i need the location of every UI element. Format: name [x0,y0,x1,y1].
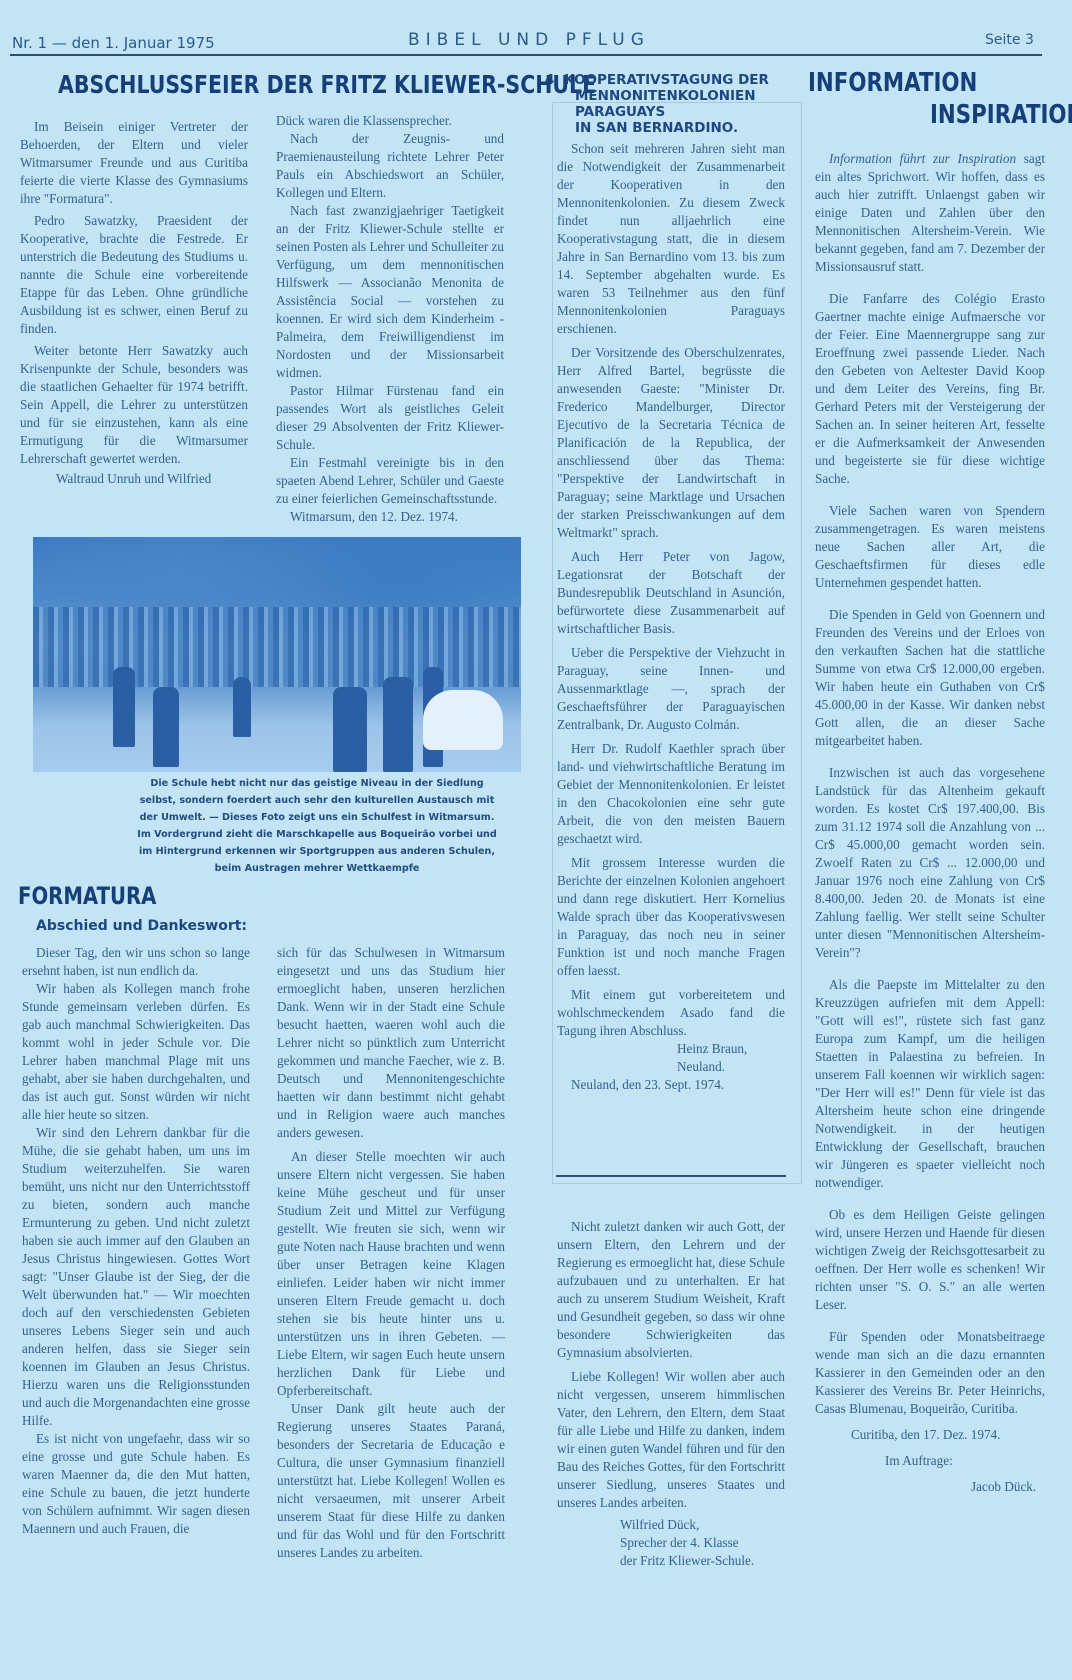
title-inspiration: INSPIRATION [930,100,1072,130]
paragraph: Die Spenden in Geld von Goennern und Fre… [815,606,1045,750]
paragraph: Es ist nicht von ungefaehr, dass wir so … [22,1430,250,1538]
paragraph: Auch Herr Peter von Jagow, Legationsrat … [557,548,785,638]
paragraph: Waltraud Unruh und Wilfried [20,470,248,488]
person-shape [233,677,251,737]
caption-line: im Hintergrund erkennen wir Sportgruppen… [112,843,522,860]
signature-school: der Fritz Kliewer-Schule. [557,1552,785,1570]
paragraph: Schon seit mehreren Jahren sieht man die… [557,140,785,338]
dateline: Witmarsum, den 12. Dez. 1974. [276,508,504,526]
paragraph: Weiter betonte Herr Sawatzky auch Krisen… [20,342,248,468]
abschluss-column-1: Im Beisein einiger Vertreter der Behoerd… [20,118,248,488]
article-title-formatura: FORMATURA [18,882,156,910]
paragraph: Inzwischen ist auch das vorgesehene Land… [815,764,1045,962]
paragraph: Ein Festmahl vereinigte bis in den spaet… [276,454,504,508]
author-name: Heinz Braun, [557,1040,785,1058]
person-shape [113,667,135,747]
author-place: Neuland. [557,1058,785,1076]
paragraph: Herr Dr. Rudolf Kaethler sprach über lan… [557,740,785,848]
car-shape [423,690,503,750]
paragraph: Mit grossem Interesse wurden die Bericht… [557,854,785,980]
paragraph: Viele Sachen waren von Spendern zusammen… [815,502,1045,592]
title-line: PARAGUAYS [545,104,795,120]
caption-line: Die Schule hebt nicht nur das geistige N… [112,775,522,792]
title-line: MENNONITENKOLONIEN [545,88,795,104]
signature-role: Sprecher der 4. Klasse [557,1534,785,1552]
header-rule [10,54,1042,56]
caption-line: der Umwelt. — Dieses Foto zeigt uns ein … [112,809,522,826]
dateline: Curitiba, den 17. Dez. 1974. [815,1426,1045,1444]
paragraph: Der Vorsitzende des Oberschulzenrates, H… [557,344,785,542]
issue-info: Nr. 1 — den 1. Januar 1975 [12,34,215,52]
dateline: Neuland, den 23. Sept. 1974. [557,1076,785,1094]
paragraph: sich für das Schulwesen in Witmarsum ein… [277,944,505,1142]
newspaper-page: Nr. 1 — den 1. Januar 1975 BIBEL UND PFL… [0,0,1072,1680]
school-festival-photo [33,537,521,772]
paragraph: Als die Paepste im Mittelalter zu den Kr… [815,976,1045,1192]
caption-line: beim Austragen mehrer Wettkaempfe [112,860,522,877]
photo-caption: Die Schule hebt nicht nur das geistige N… [112,775,522,877]
paragraph: Information führt zur Inspiration sagt e… [815,150,1045,276]
lead-text: sagt ein altes Sprichwort. Wir hoffen, d… [815,151,1045,274]
paragraph: Liebe Kollegen! Wir wollen aber auch nic… [557,1368,785,1512]
paragraph: An dieser Stelle moechten wir auch unser… [277,1148,505,1400]
paragraph: Die Fanfarre des Colégio Erasto Gaertner… [815,290,1045,488]
paragraph: Wir haben als Kollegen manch frohe Stund… [22,980,250,1124]
paragraph: Pastor Hilmar Fürstenau fand ein passend… [276,382,504,454]
paragraph: Ueber die Perspektive der Viehzucht in P… [557,644,785,734]
title-information: INFORMATION [808,68,977,98]
on-behalf-label: Im Auftrage: [815,1452,1045,1470]
paragraph: Ob es dem Heiligen Geiste gelingen wird,… [815,1206,1045,1314]
signature-name: Jacob Dück. [815,1478,1045,1496]
formatura-column-3: Nicht zuletzt danken wir auch Gott, der … [557,1218,785,1570]
information-body: Information führt zur Inspiration sagt e… [815,150,1045,1496]
article-title-abschlussfeier: ABSCHLUSSFEIER DER FRITZ KLIEWER-SCHULE [58,70,596,99]
paragraph: Nicht zuletzt danken wir auch Gott, der … [557,1218,785,1362]
crowd-shape [33,607,521,687]
lead-italic: Information führt zur Inspiration [829,151,1016,166]
signature-name: Wilfried Dück, [557,1516,785,1534]
section-divider [556,1175,786,1177]
paragraph: Im Beisein einiger Vertreter der Behoerd… [20,118,248,208]
caption-line: selbst, sondern foerdert auch sehr den k… [112,792,522,809]
formatura-subtitle: Abschied und Dankeswort: [36,918,247,934]
masthead: BIBEL UND PFLUG [408,30,650,50]
title-line: IN SAN BERNARDINO. [545,120,795,136]
kooperativ-body: Schon seit mehreren Jahren sieht man die… [557,140,785,1094]
formatura-column-2: sich für das Schulwesen in Witmarsum ein… [277,944,505,1562]
formatura-column-1: Dieser Tag, den wir uns schon so lange e… [22,944,250,1538]
paragraph: Nach fast zwanzigjaehriger Taetigkeit an… [276,202,504,382]
page-number: Seite 3 [985,32,1034,48]
article-title-kooperativ: 4. KOOPERATIVSTAGUNG DER MENNONITENKOLON… [545,72,795,136]
person-shape [333,687,367,772]
paragraph: Wir sind den Lehrern dankbar für die Müh… [22,1124,250,1430]
paragraph: Mit einem gut vorbereitetem und wohlschm… [557,986,785,1040]
abschluss-column-2: Dück waren die Klassensprecher. Nach der… [276,112,504,526]
paragraph: Dieser Tag, den wir uns schon so lange e… [22,944,250,980]
title-line: 4. KOOPERATIVSTAGUNG DER [545,72,795,88]
person-shape [153,687,179,767]
paragraph: Für Spenden oder Monatsbeitraege wende m… [815,1328,1045,1418]
caption-line: Im Vordergrund zieht die Marschkapelle a… [112,826,522,843]
paragraph: Nach der Zeugnis- und Praemienausteilung… [276,130,504,202]
paragraph: Dück waren die Klassensprecher. [276,112,504,130]
paragraph: Pedro Sawatzky, Praesident der Kooperati… [20,212,248,338]
person-shape [383,677,413,772]
paragraph: Unser Dank gilt heute auch der Regierung… [277,1400,505,1562]
